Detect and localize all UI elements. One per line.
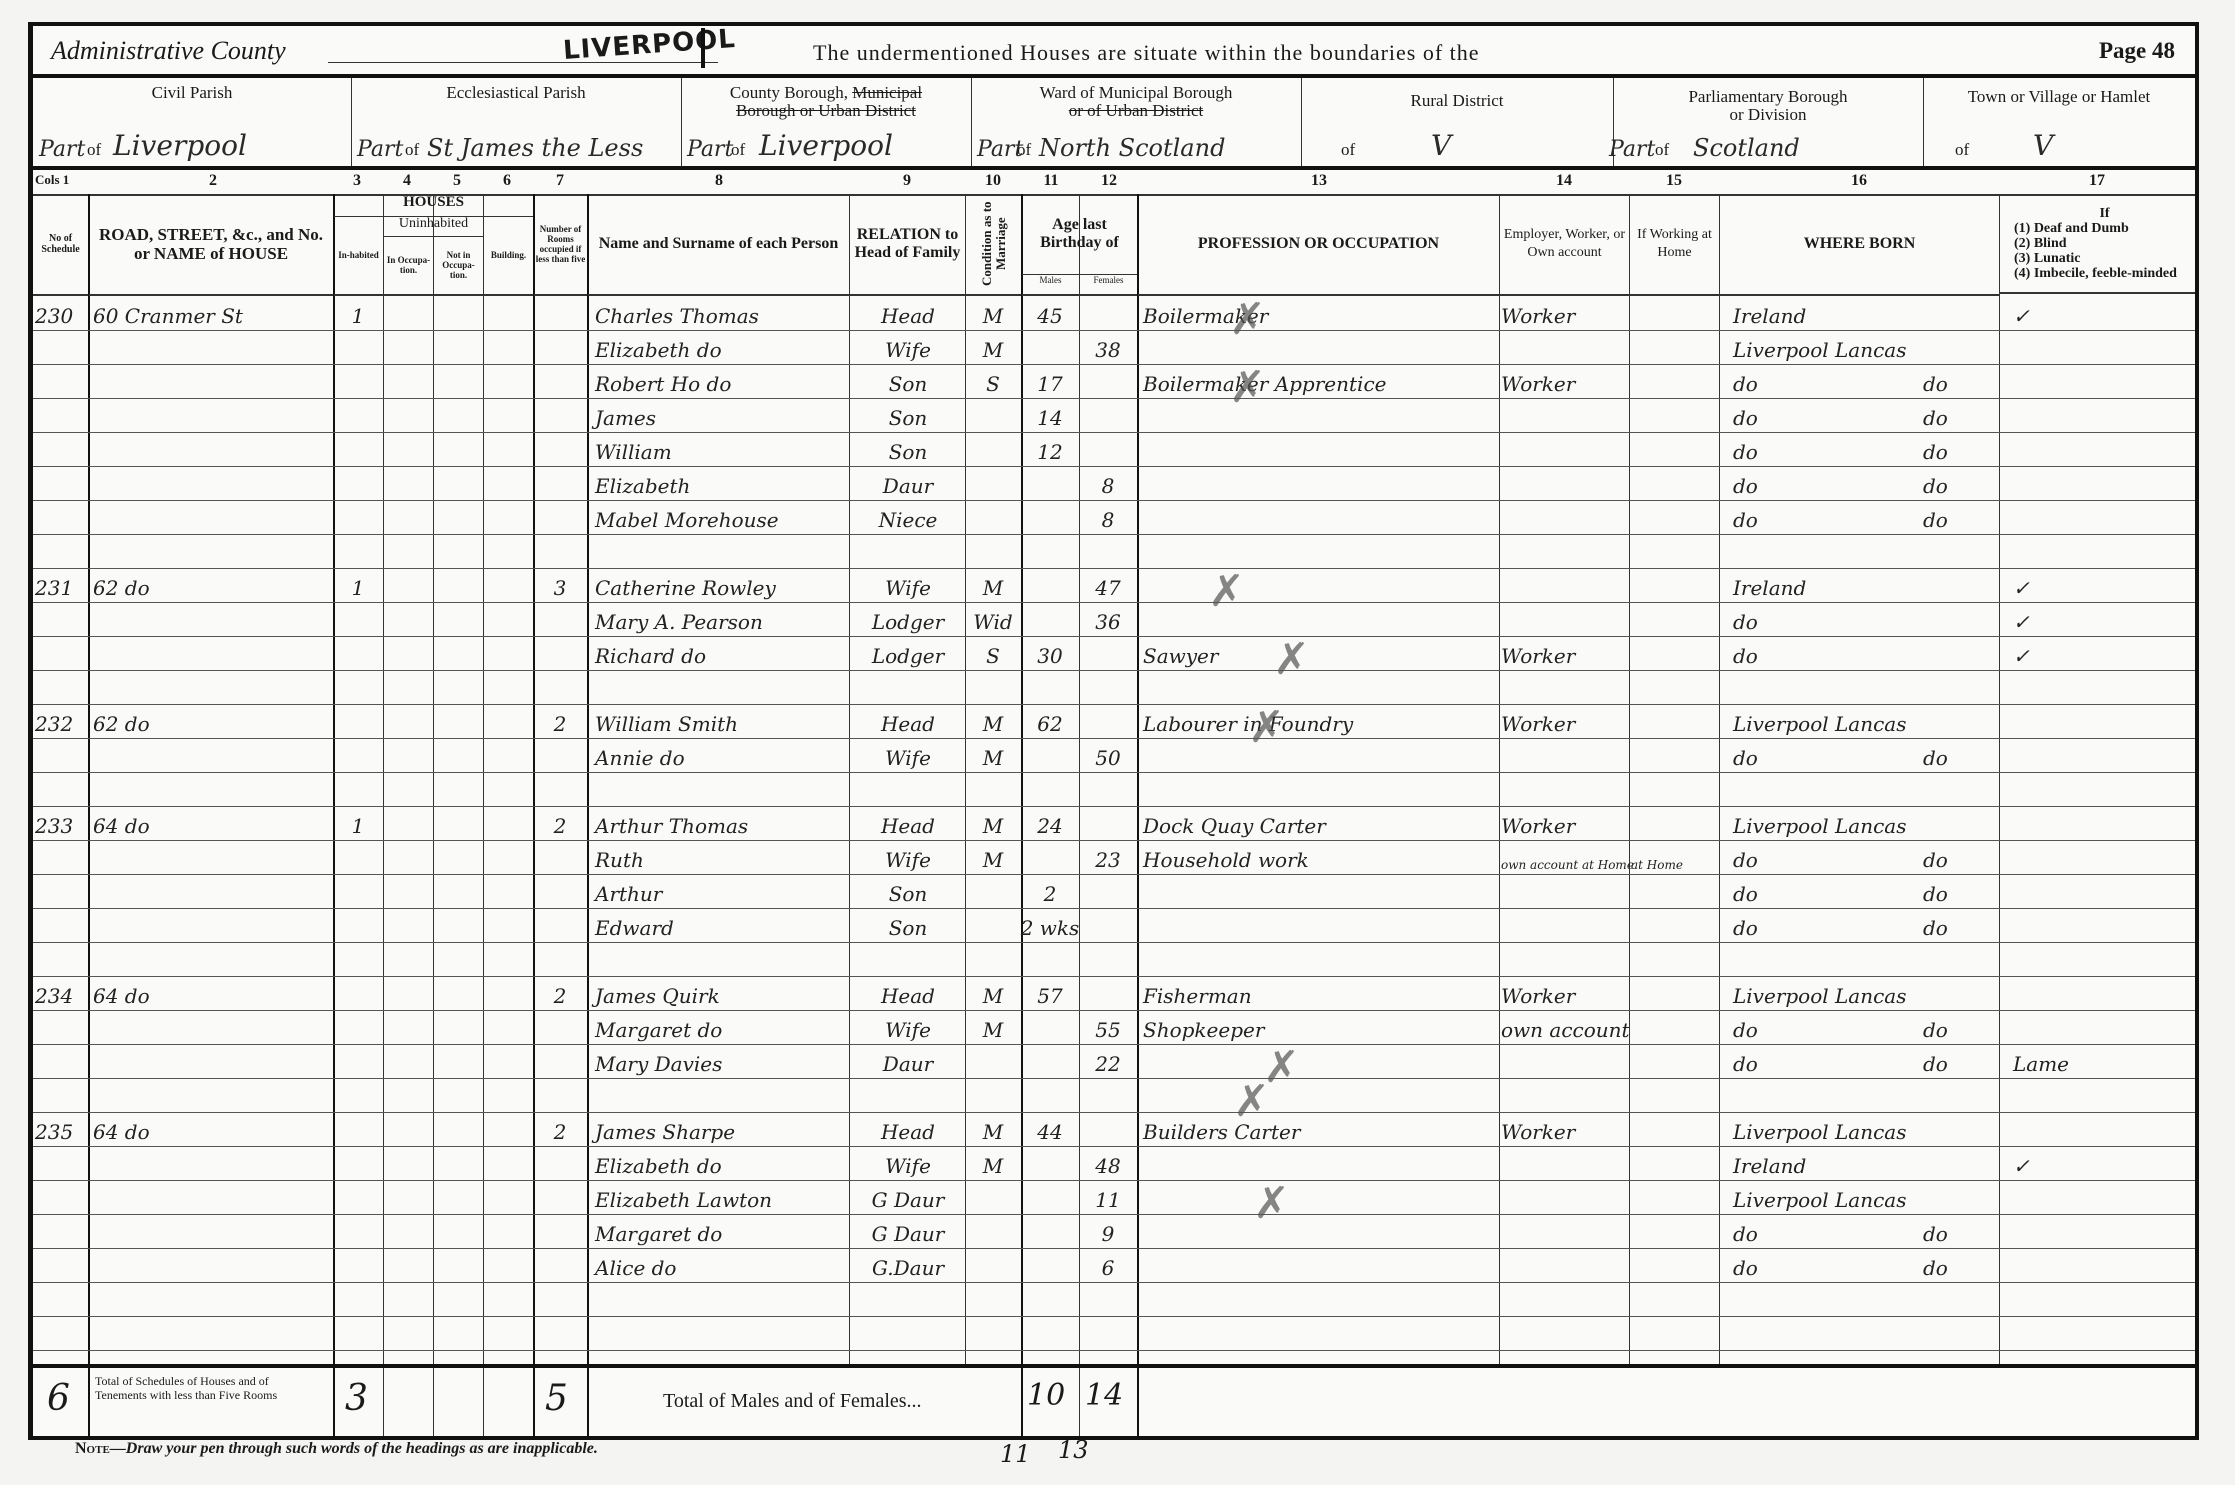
occupation-cell <box>1143 570 1497 600</box>
col-divider <box>1079 1368 1080 1436</box>
county-borough-value: Liverpool <box>759 129 893 162</box>
birthplace-county-cell <box>1923 774 1997 804</box>
county-borough-label: County Borough, Municipal Borough or Urb… <box>681 84 971 120</box>
female-age-cell <box>1081 638 1135 668</box>
inhabited-count-cell <box>335 842 381 872</box>
male-age-cell <box>1023 1012 1077 1042</box>
employment-status-cell: own account at Home <box>1501 842 1627 872</box>
birthplace-county-cell <box>1923 570 1997 600</box>
col-divider <box>383 1368 384 1436</box>
male-age-cell: 24 <box>1023 808 1077 838</box>
employment-status-cell: Worker <box>1501 298 1627 328</box>
male-age-cell <box>1023 1216 1077 1246</box>
female-age-cell: 48 <box>1081 1148 1135 1178</box>
occupation-cell <box>1143 774 1497 804</box>
male-age-cell <box>1023 842 1077 872</box>
administrative-county-label: Administrative County <box>51 36 286 66</box>
occupation-code-mark: ✗ <box>1229 294 1266 345</box>
marital-condition-cell: M <box>967 978 1019 1008</box>
relation-to-head-cell <box>853 1080 963 1110</box>
inhabited-count-cell <box>335 468 381 498</box>
female-age-cell: 38 <box>1081 332 1135 362</box>
table-row: Elizabeth LawtonG Daur11Liverpool Lancas <box>33 1180 2195 1215</box>
birthplace-cell <box>1733 944 1923 974</box>
infirmity-cell <box>2013 1080 2193 1110</box>
relation-to-head-cell: Head <box>853 808 963 838</box>
marital-condition-cell: S <box>967 638 1019 668</box>
marital-condition-cell: M <box>967 1114 1019 1144</box>
infirmity-cell: ✓ <box>2013 604 2193 634</box>
male-age-cell <box>1023 944 1077 974</box>
working-at-home-cell <box>1631 740 1717 770</box>
birthplace-county-cell: do <box>1923 842 1997 872</box>
relation-to-head-cell: Lodger <box>853 638 963 668</box>
rooms-count-cell: 2 <box>535 706 585 736</box>
person-name-cell: Margaret do <box>595 1216 847 1246</box>
male-age-cell <box>1023 536 1077 566</box>
birthplace-cell <box>1733 1318 1923 1348</box>
female-age-cell: 9 <box>1081 1216 1135 1246</box>
relation-to-head-cell <box>853 536 963 566</box>
female-age-cell <box>1081 1318 1135 1348</box>
infirmity-cell <box>2013 332 2193 362</box>
header-infirmity-3: (3) Lunatic <box>2014 251 2081 266</box>
marital-condition-cell <box>967 1046 1019 1076</box>
footer-note-prefix: Note— <box>75 1440 126 1457</box>
male-age-cell <box>1023 1046 1077 1076</box>
address-cell: 60 Cranmer St <box>93 298 331 328</box>
birthplace-county-cell: do <box>1923 434 1997 464</box>
address-cell <box>93 1046 331 1076</box>
birthplace-cell: Ireland <box>1733 1148 1923 1178</box>
occupation-cell <box>1143 332 1497 362</box>
table-row: 23464 do2James QuirkHeadM57FishermanWork… <box>33 976 2195 1011</box>
relation-to-head-cell: Head <box>853 1114 963 1144</box>
infirmity-cell: ✓ <box>2013 638 2193 668</box>
rooms-count-cell <box>535 1216 585 1246</box>
birthplace-county-cell: do <box>1923 366 1997 396</box>
relation-to-head-cell: Son <box>853 876 963 906</box>
birthplace-county-cell <box>1923 536 1997 566</box>
infirmity-cell <box>2013 366 2193 396</box>
marital-condition-cell: M <box>967 332 1019 362</box>
table-row: Annie doWifeM50dodo <box>33 738 2195 773</box>
table-row: Elizabeth doWifeM48Ireland✓ <box>33 1146 2195 1181</box>
occupation-cell: Fisherman <box>1143 978 1497 1008</box>
table-row <box>33 1316 2195 1351</box>
inhabited-count-cell <box>335 1080 381 1110</box>
marital-condition-cell <box>967 1182 1019 1212</box>
rooms-count-cell <box>535 1148 585 1178</box>
town-village-of: of <box>1955 140 1969 160</box>
person-name-cell: Ruth <box>595 842 847 872</box>
female-age-cell <box>1081 1284 1135 1314</box>
ward-field: Ward of Municipal Borough or of Urban Di… <box>971 78 1302 166</box>
relation-to-head-cell: G Daur <box>853 1182 963 1212</box>
females-total: 14 <box>1085 1378 1123 1413</box>
birthplace-county-cell <box>1923 1080 1997 1110</box>
col-num-12: 12 <box>1081 172 1137 190</box>
employment-status-cell <box>1501 536 1627 566</box>
birthplace-cell: Liverpool Lancas <box>1733 332 1923 362</box>
occupation-cell <box>1143 536 1497 566</box>
person-name-cell: Richard do <box>595 638 847 668</box>
table-row: Alice doG.Daur6dodo <box>33 1248 2195 1283</box>
birthplace-cell: do <box>1733 1012 1923 1042</box>
col-divider <box>483 1368 484 1436</box>
header-males: Males <box>1022 274 1079 295</box>
male-age-cell <box>1023 1284 1077 1314</box>
address-cell <box>93 332 331 362</box>
female-age-cell: 36 <box>1081 604 1135 634</box>
birthplace-cell: do <box>1733 604 1923 634</box>
col-num-4: 4 <box>385 172 429 190</box>
ward-of: of <box>1017 140 1031 160</box>
female-age-cell <box>1081 774 1135 804</box>
address-cell <box>93 400 331 430</box>
employment-status-cell: own account <box>1501 1012 1627 1042</box>
employment-status-cell <box>1501 1148 1627 1178</box>
rural-district-of: of <box>1341 140 1355 160</box>
marital-condition-cell <box>967 1216 1019 1246</box>
male-age-cell: 2 <box>1023 876 1077 906</box>
marital-condition-cell: M <box>967 842 1019 872</box>
working-at-home-cell <box>1631 638 1717 668</box>
relation-to-head-cell: Son <box>853 400 963 430</box>
birthplace-cell: Liverpool Lancas <box>1733 706 1923 736</box>
birthplace-cell: do <box>1733 740 1923 770</box>
col-num-3: 3 <box>335 172 379 190</box>
marital-condition-cell: M <box>967 1148 1019 1178</box>
relation-to-head-cell <box>853 672 963 702</box>
birthplace-county-cell <box>1923 808 1997 838</box>
female-age-cell <box>1081 672 1135 702</box>
administrative-county-underline <box>328 62 718 63</box>
schedule-number-cell <box>35 774 87 804</box>
birthplace-county-cell <box>1923 604 1997 634</box>
person-name-cell: Annie do <box>595 740 847 770</box>
marital-condition-cell <box>967 876 1019 906</box>
male-age-cell <box>1023 332 1077 362</box>
male-age-cell <box>1023 570 1077 600</box>
address-cell <box>93 638 331 668</box>
birthplace-county-cell <box>1923 298 1997 328</box>
working-at-home-cell <box>1631 1046 1717 1076</box>
infirmity-cell <box>2013 842 2193 872</box>
birthplace-cell <box>1733 672 1923 702</box>
marital-condition-cell <box>967 400 1019 430</box>
schedule-number-cell <box>35 638 87 668</box>
relation-to-head-cell: Son <box>853 366 963 396</box>
address-cell <box>93 876 331 906</box>
birthplace-cell: do <box>1733 468 1923 498</box>
person-name-cell <box>595 672 847 702</box>
birthplace-cell: Liverpool Lancas <box>1733 1114 1923 1144</box>
col-num-8: 8 <box>589 172 849 190</box>
marital-condition-cell: M <box>967 1012 1019 1042</box>
infirmity-cell: ✓ <box>2013 298 2193 328</box>
employment-status-cell: Worker <box>1501 1114 1627 1144</box>
address-cell <box>93 1182 331 1212</box>
marital-condition-cell <box>967 1284 1019 1314</box>
col-num-9: 9 <box>849 172 965 190</box>
person-name-cell: Margaret do <box>595 1012 847 1042</box>
employment-status-cell: Worker <box>1501 706 1627 736</box>
infirmity-cell: ✓ <box>2013 570 2193 600</box>
occupation-cell: Shopkeeper <box>1143 1012 1497 1042</box>
header-occupation: PROFESSION OR OCCUPATION <box>1138 194 1499 296</box>
infirmity-cell <box>2013 1182 2193 1212</box>
ecclesiastical-parish-label: Ecclesiastical Parish <box>351 84 681 102</box>
infirmity-cell <box>2013 1284 2193 1314</box>
female-age-cell: 23 <box>1081 842 1135 872</box>
address-cell <box>93 468 331 498</box>
col-num-13: 13 <box>1139 172 1499 190</box>
male-age-cell: 14 <box>1023 400 1077 430</box>
marital-condition-cell: M <box>967 570 1019 600</box>
male-age-cell: 57 <box>1023 978 1077 1008</box>
relation-to-head-cell: Wife <box>853 1012 963 1042</box>
employment-status-cell <box>1501 1182 1627 1212</box>
table-row: 23262 do2William SmithHeadM62Labourer in… <box>33 704 2195 739</box>
person-name-cell <box>595 944 847 974</box>
schedule-number-cell <box>35 876 87 906</box>
working-at-home-cell <box>1631 672 1717 702</box>
inhabited-count-cell <box>335 536 381 566</box>
address-cell <box>93 1284 331 1314</box>
schedule-number-cell <box>35 1216 87 1246</box>
schedule-number-cell <box>35 1250 87 1280</box>
occupation-cell <box>1143 1080 1497 1110</box>
header-infirmity-4: (4) Imbecile, feeble-minded <box>2014 266 2177 281</box>
table-row: EdwardSon2 wksdodo <box>33 908 2195 943</box>
employment-status-cell <box>1501 774 1627 804</box>
address-cell <box>93 1318 331 1348</box>
address-cell <box>93 1148 331 1178</box>
birthplace-cell <box>1733 774 1923 804</box>
birthplace-cell: do <box>1733 1046 1923 1076</box>
schedule-number-cell <box>35 400 87 430</box>
birthplace-cell <box>1733 1080 1923 1110</box>
address-cell <box>93 434 331 464</box>
schedule-number-cell: 235 <box>35 1114 87 1144</box>
bracket-mark <box>701 28 705 68</box>
schedule-number-cell <box>35 434 87 464</box>
infirmity-cell <box>2013 1012 2193 1042</box>
schedule-number-cell <box>35 1182 87 1212</box>
infirmity-cell <box>2013 808 2193 838</box>
totals-row: 6 Total of Schedules of Houses and of Te… <box>33 1364 2195 1436</box>
table-row: Mabel MorehouseNiece8dodo <box>33 500 2195 535</box>
col-divider <box>533 1368 535 1436</box>
employment-status-cell <box>1501 434 1627 464</box>
males-total: 10 <box>1027 1378 1065 1413</box>
person-name-cell <box>595 774 847 804</box>
county-borough-field: County Borough, Municipal Borough or Urb… <box>681 78 972 166</box>
col-num-10: 10 <box>965 172 1021 190</box>
female-age-cell: 8 <box>1081 502 1135 532</box>
inhabited-count-cell: 1 <box>335 298 381 328</box>
working-at-home-cell <box>1631 706 1717 736</box>
relation-to-head-cell <box>853 1284 963 1314</box>
relation-to-head-cell: Head <box>853 978 963 1008</box>
rooms-count-cell <box>535 366 585 396</box>
col-divider <box>1021 1368 1023 1436</box>
person-name-cell: Elizabeth Lawton <box>595 1182 847 1212</box>
male-age-cell <box>1023 774 1077 804</box>
working-at-home-cell <box>1631 1318 1717 1348</box>
inhabited-count-cell <box>335 502 381 532</box>
occupation-cell: Dock Quay Carter <box>1143 808 1497 838</box>
header-infirmity-if: If <box>2099 206 2109 221</box>
employment-status-cell <box>1501 876 1627 906</box>
person-name-cell: Arthur <box>595 876 847 906</box>
schedule-number-cell <box>35 536 87 566</box>
person-name-cell: Mary A. Pearson <box>595 604 847 634</box>
working-at-home-cell <box>1631 910 1717 940</box>
marital-condition-cell <box>967 1080 1019 1110</box>
inhabited-count-cell <box>335 1250 381 1280</box>
birthplace-county-cell <box>1923 672 1997 702</box>
birthplace-county-cell: do <box>1923 1216 1997 1246</box>
occupation-cell <box>1143 1318 1497 1348</box>
ecclesiastical-parish-of: of <box>405 140 419 160</box>
working-at-home-cell <box>1631 808 1717 838</box>
parliamentary-borough-label: Parliamentary Borough or Division <box>1613 88 1923 124</box>
employment-status-cell <box>1501 604 1627 634</box>
rooms-count-cell <box>535 842 585 872</box>
county-borough-label-main: County Borough, <box>730 83 848 102</box>
schedule-number-cell <box>35 1284 87 1314</box>
inhabited-count-cell <box>335 366 381 396</box>
person-name-cell: Charles Thomas <box>595 298 847 328</box>
col-num-7: 7 <box>535 172 585 190</box>
birthplace-county-cell <box>1923 332 1997 362</box>
working-at-home-cell <box>1631 944 1717 974</box>
inhabited-count-cell <box>335 1216 381 1246</box>
male-age-cell <box>1023 1182 1077 1212</box>
schedule-number-cell <box>35 1080 87 1110</box>
address-cell <box>93 774 331 804</box>
birthplace-cell: do <box>1733 502 1923 532</box>
employment-status-cell <box>1501 944 1627 974</box>
occupation-cell <box>1143 672 1497 702</box>
occupation-code-mark: ✗ <box>1233 1076 1270 1127</box>
employment-status-cell <box>1501 570 1627 600</box>
birthplace-county-cell: do <box>1923 1012 1997 1042</box>
table-row: Elizabeth doWifeM38Liverpool Lancas <box>33 330 2195 365</box>
rooms-count-cell <box>535 298 585 328</box>
marital-condition-cell <box>967 1250 1019 1280</box>
marital-condition-cell <box>967 910 1019 940</box>
address-cell: 64 do <box>93 1114 331 1144</box>
census-page: Administrative County LIVERPOOL The unde… <box>28 22 2199 1440</box>
occupation-code-mark: ✗ <box>1208 566 1245 617</box>
inhabited-count-cell <box>335 672 381 702</box>
schedule-number-cell <box>35 910 87 940</box>
column-number-row: Cols 1 2 3 4 5 6 7 8 9 10 11 12 13 14 15… <box>33 170 2195 196</box>
town-village-label: Town or Village or Hamlet <box>1923 88 2195 106</box>
header-name: Name and Surname of each Person <box>588 194 849 296</box>
ecclesiastical-parish-value: St James the Less <box>427 134 643 162</box>
birthplace-county-cell: do <box>1923 502 1997 532</box>
schedule-number-cell <box>35 468 87 498</box>
birthplace-county-cell: do <box>1923 910 1997 940</box>
employment-status-cell: Worker <box>1501 366 1627 396</box>
rooms-count-cell: 2 <box>535 978 585 1008</box>
working-at-home-cell: at Home <box>1631 842 1717 872</box>
infirmity-cell <box>2013 1250 2193 1280</box>
col-num-6: 6 <box>485 172 529 190</box>
header-in-occupation: In Occupa-tion. <box>384 236 433 296</box>
schedule-number-cell <box>35 1318 87 1348</box>
birthplace-county-cell: do <box>1923 1046 1997 1076</box>
working-at-home-cell <box>1631 604 1717 634</box>
inhabited-count-cell <box>335 1182 381 1212</box>
civil-parish-prefix: Part <box>39 137 85 162</box>
table-row: ArthurSon2dodo <box>33 874 2195 909</box>
ward-value: North Scotland <box>1039 134 1225 162</box>
person-name-cell <box>595 1284 847 1314</box>
address-cell <box>93 1012 331 1042</box>
marital-condition-cell <box>967 468 1019 498</box>
male-age-cell: 30 <box>1023 638 1077 668</box>
person-name-cell: Elizabeth <box>595 468 847 498</box>
occupation-cell: Builders Carter <box>1143 1114 1497 1144</box>
relation-to-head-cell <box>853 944 963 974</box>
rooms-count-cell <box>535 910 585 940</box>
inhabited-count-cell: 1 <box>335 808 381 838</box>
occupation-cell <box>1143 604 1497 634</box>
table-row: ElizabethDaur8dodo <box>33 466 2195 501</box>
boundaries-intro-text: The undermentioned Houses are situate wi… <box>813 40 1480 66</box>
table-row <box>33 942 2195 977</box>
rural-district-label: Rural District <box>1301 92 1613 110</box>
male-age-cell <box>1023 1250 1077 1280</box>
female-age-cell: 11 <box>1081 1182 1135 1212</box>
civil-parish-value: Liverpool <box>113 129 247 162</box>
address-cell <box>93 366 331 396</box>
inhabited-count-cell <box>335 1012 381 1042</box>
working-at-home-cell <box>1631 502 1717 532</box>
employment-status-cell: Worker <box>1501 978 1627 1008</box>
schedule-number-cell <box>35 332 87 362</box>
occupation-cell: Sawyer <box>1143 638 1497 668</box>
birthplace-county-cell: do <box>1923 400 1997 430</box>
rooms-count-cell <box>535 944 585 974</box>
col-num-5: 5 <box>435 172 479 190</box>
person-name-cell: Arthur Thomas <box>595 808 847 838</box>
rooms-count-cell <box>535 604 585 634</box>
table-row: Mary DaviesDaur22dodoLame <box>33 1044 2195 1079</box>
birthplace-county-cell <box>1923 1114 1997 1144</box>
marital-condition-cell: M <box>967 298 1019 328</box>
person-name-cell <box>595 1080 847 1110</box>
birthplace-county-cell: do <box>1923 1250 1997 1280</box>
town-village-value: V <box>2033 129 2053 162</box>
employment-status-cell <box>1501 1046 1627 1076</box>
birthplace-cell: do <box>1733 1216 1923 1246</box>
col-num-11: 11 <box>1023 172 1079 190</box>
header-road: ROAD, STREET, &c., and No. or NAME of HO… <box>89 194 333 296</box>
inhabited-count-cell <box>335 332 381 362</box>
inhabited-count-cell <box>335 1318 381 1348</box>
ecclesiastical-parish-prefix: Part <box>357 137 403 162</box>
infirmity-cell <box>2013 774 2193 804</box>
birthplace-county-cell <box>1923 1148 1997 1178</box>
rooms-count-cell <box>535 1182 585 1212</box>
birthplace-cell: Ireland <box>1733 298 1923 328</box>
